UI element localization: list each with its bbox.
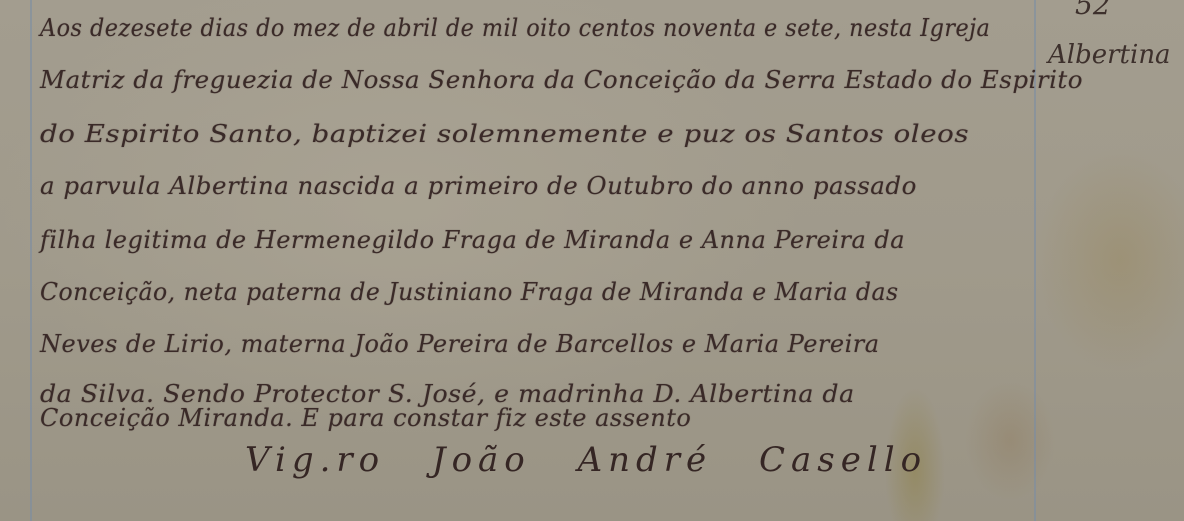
record-line-7: Neves de Lirio, materna João Pereira de … xyxy=(40,330,880,358)
record-line-5: filha legitima de Hermenegildo Fraga de … xyxy=(40,226,905,254)
record-line-9: Conceição Miranda. E para constar fiz es… xyxy=(40,404,691,432)
left-margin-rule xyxy=(30,0,32,521)
record-line-2: Matriz da freguezia de Nossa Senhora da … xyxy=(40,66,1083,94)
record-line-6: Conceição, neta paterna de Justiniano Fr… xyxy=(40,278,899,306)
scanned-document-page: 52 Albertina Aos dezesete dias do mez de… xyxy=(0,0,1184,521)
priest-signature: Vig.ro João André Casello xyxy=(245,440,927,480)
record-line-3: do Espirito Santo, baptizei solemnemente… xyxy=(40,120,969,148)
page-number-fragment: 52 xyxy=(1075,0,1111,21)
record-line-4: a parvula Albertina nascida a primeiro d… xyxy=(40,172,917,200)
record-line-1: Aos dezesete dias do mez de abril de mil… xyxy=(40,14,990,42)
